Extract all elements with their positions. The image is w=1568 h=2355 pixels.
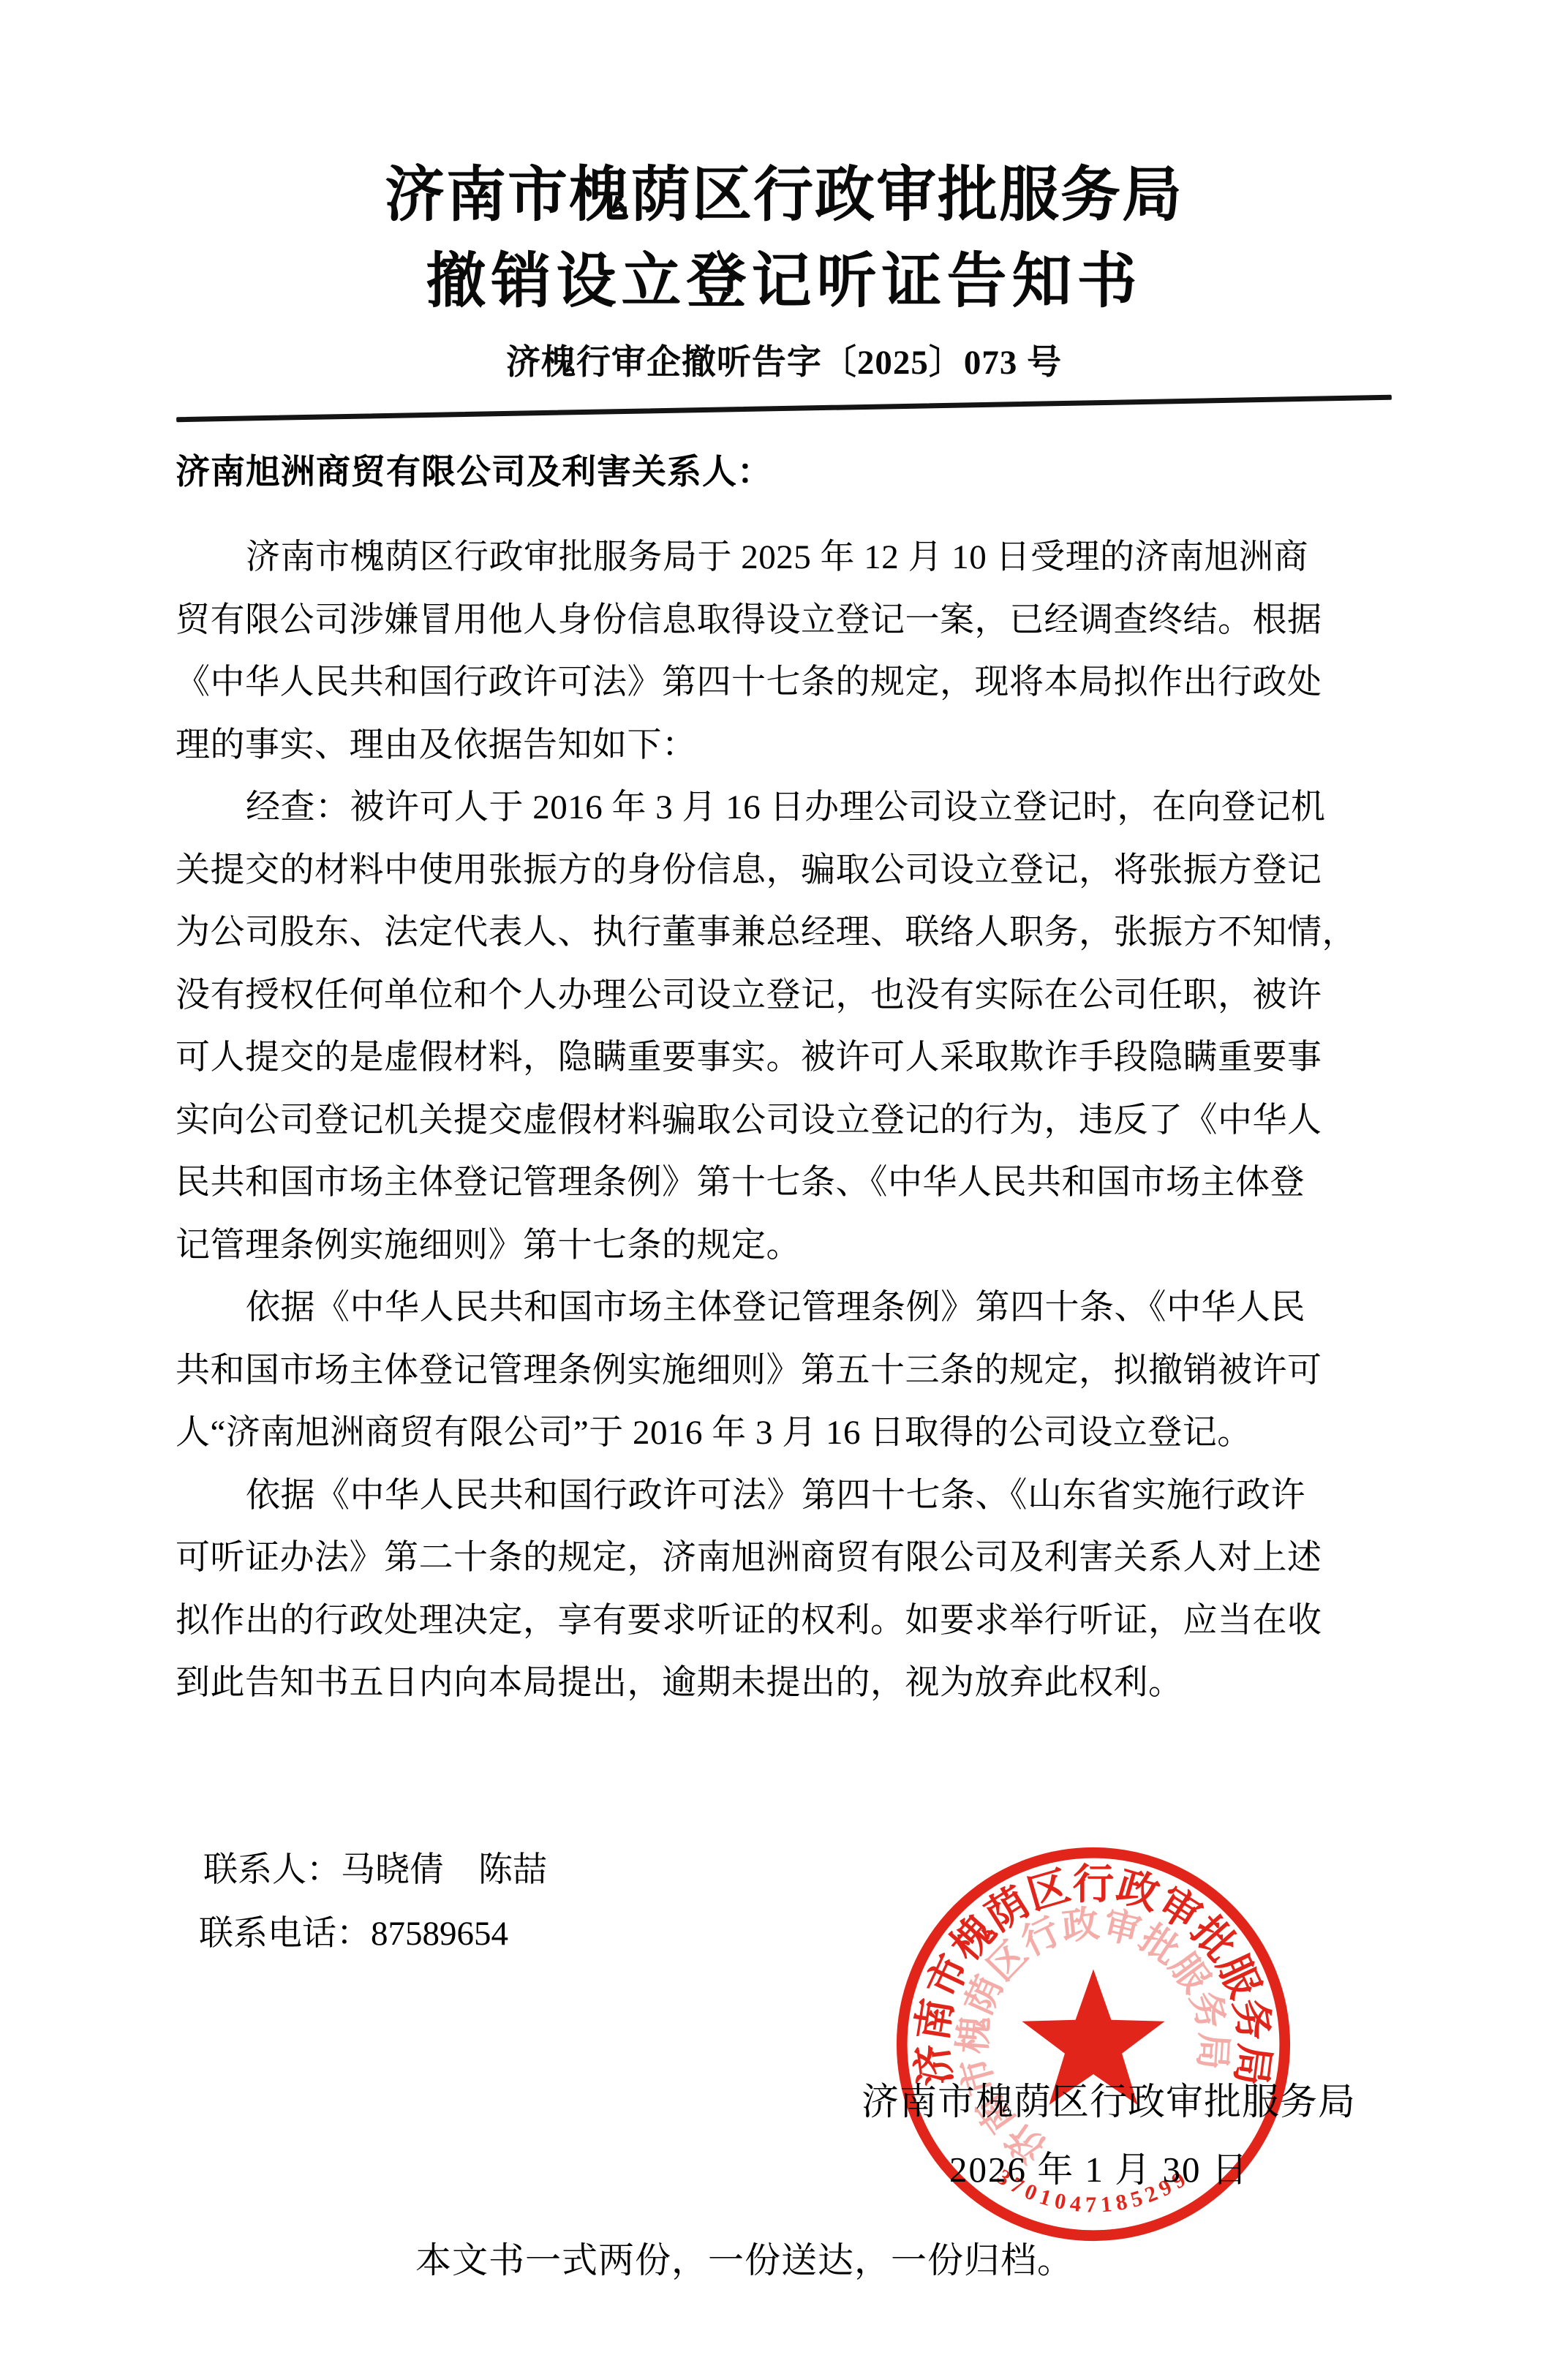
body-line: 为公司股东、法定代表人、执行董事兼总经理、联络人职务，张振方不知情， — [176, 902, 1398, 965]
svg-text:济南市槐荫区行政审批服务局: 济南市槐荫区行政审批服务局 — [905, 1856, 1258, 2182]
seal-arc-text: 济南市槐荫区行政审批服务局 — [909, 1861, 1277, 2088]
body-line: 可听证办法》第二十条的规定，济南旭洲商贸有限公司及利害关系人对上述 — [176, 1527, 1398, 1590]
paragraph: 依据《中华人民共和国行政许可法》第四十七条、《山东省实施行政许可听证办法》第二十… — [176, 1465, 1398, 1715]
body-line: 贸有限公司涉嫌冒用他人身份信息取得设立登记一案，已经调查终结。根据 — [176, 589, 1398, 652]
document-page: 济南市槐荫区行政审批服务局 撤销设立登记听证告知书 济槐行审企撤听告字〔2025… — [0, 0, 1568, 2355]
paragraph: 济南市槐荫区行政审批服务局于 2025 年 12 月 10 日受理的济南旭洲商贸… — [176, 527, 1398, 777]
body-line: 没有授权任何单位和个人办理公司设立登记，也没有实际在公司任职，被许 — [176, 965, 1398, 1028]
body-line: 依据《中华人民共和国行政许可法》第四十七条、《山东省实施行政许 — [176, 1465, 1398, 1528]
body-line: 实向公司登记机关提交虚假材料骗取公司设立登记的行为，违反了《中华人 — [176, 1090, 1398, 1153]
signature-date: 2026 年 1 月 30 日 — [949, 2141, 1249, 2193]
body-line: 人“济南旭洲商贸有限公司”于 2016 年 3 月 16 日取得的公司设立登记。 — [176, 1402, 1398, 1465]
body-line: 依据《中华人民共和国市场主体登记管理条例》第四十条、《中华人民 — [176, 1277, 1398, 1340]
body-line: 记管理条例实施细则》第十七条的规定。 — [176, 1215, 1398, 1278]
body-line: 到此告知书五日内向本局提出，逾期未提出的，视为放弃此权利。 — [176, 1652, 1398, 1715]
doc-number: 济槐行审企撤听告字〔2025〕073 号 — [0, 335, 1568, 384]
addressee: 济南旭洲商贸有限公司及利害关系人： — [176, 440, 1398, 503]
contact-person: 联系人：马晓倩 陈喆 — [203, 1839, 547, 1902]
body-line: 关提交的材料中使用张振方的身份信息，骗取公司设立登记，将张振方登记 — [176, 840, 1398, 903]
seal-ghost-impression: 济南市槐荫区行政审批服务局 — [905, 1856, 1258, 2182]
title-line-2: 撤销设立登记听证告知书 — [0, 238, 1568, 325]
body-line: 经查：被许可人于 2016 年 3 月 16 日办理公司设立登记时，在向登记机 — [176, 777, 1398, 840]
contact-phone: 联系电话：87589654 — [199, 1903, 508, 1965]
body-line: 《中华人民共和国行政许可法》第四十七条的规定，现将本局拟作出行政处 — [176, 652, 1398, 715]
body-paragraphs: 济南市槐荫区行政审批服务局于 2025 年 12 月 10 日受理的济南旭洲商贸… — [176, 527, 1398, 1715]
document-body: 济南旭洲商贸有限公司及利害关系人： 济南市槐荫区行政审批服务局于 2025 年 … — [176, 440, 1398, 1715]
paragraph: 经查：被许可人于 2016 年 3 月 16 日办理公司设立登记时，在向登记机关… — [176, 777, 1398, 1277]
body-line: 理的事实、理由及依据告知如下： — [176, 715, 1398, 777]
signature-org: 济南市槐荫区行政审批服务局 — [862, 2071, 1356, 2125]
document-header: 济南市槐荫区行政审批服务局 撤销设立登记听证告知书 济槐行审企撤听告字〔2025… — [0, 152, 1568, 411]
body-line: 济南市槐荫区行政审批服务局于 2025 年 12 月 10 日受理的济南旭洲商 — [176, 527, 1398, 589]
official-seal: 济南市槐荫区行政审批服务局 济南市槐荫区行政审批服务局 370104718529… — [879, 1830, 1308, 2258]
title-line-1: 济南市槐荫区行政审批服务局 — [0, 152, 1568, 238]
body-line: 民共和国市场主体登记管理条例》第十七条、《中华人民共和国市场主体登 — [176, 1152, 1398, 1215]
body-line: 拟作出的行政处理决定，享有要求听证的权利。如要求举行听证，应当在收 — [176, 1590, 1398, 1653]
body-line: 可人提交的是虚假材料，隐瞒重要事实。被许可人采取欺诈手段隐瞒重要事 — [176, 1027, 1398, 1090]
footer-note: 本文书一式两份，一份送达，一份归档。 — [415, 2232, 1074, 2283]
paragraph: 依据《中华人民共和国市场主体登记管理条例》第四十条、《中华人民共和国市场主体登记… — [176, 1277, 1398, 1465]
body-line: 共和国市场主体登记管理条例实施细则》第五十三条的规定，拟撤销被许可 — [176, 1340, 1398, 1403]
title-divider — [176, 395, 1392, 422]
